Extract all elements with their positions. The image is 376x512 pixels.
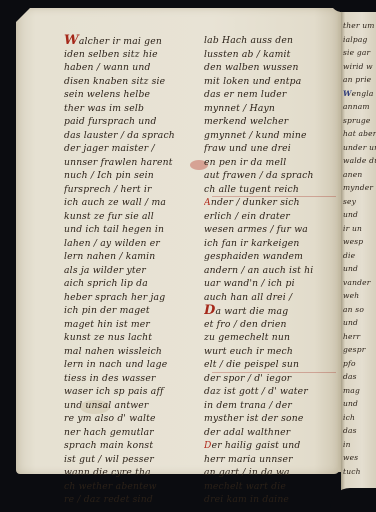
manuscript-line: ther was im selb xyxy=(64,102,200,116)
manuscript-line: ner hach gemutlar xyxy=(64,426,200,440)
manuscript-line: mag xyxy=(343,385,376,399)
manuscript-line: Ander / dunker sich xyxy=(204,196,340,210)
manuscript-line: an so xyxy=(343,304,376,318)
manuscript-line: ich auch ze wall / ma xyxy=(64,196,200,210)
manuscript-line: lahen / ay wilden er xyxy=(64,237,200,251)
manuscript-line: und unsal antwer xyxy=(64,399,200,413)
left-text-column: Walcher ir mai geniden selben sitz hieha… xyxy=(64,34,200,507)
manuscript-line: mit loken und entpa xyxy=(204,75,340,89)
manuscript-line: und xyxy=(343,263,376,277)
manuscript-line: fraw und une drei xyxy=(204,142,340,156)
manuscript-line: walde dur xyxy=(343,155,376,169)
manuscript-line: kunst ze fur sie all xyxy=(64,210,200,224)
manuscript-line: merkend welcher xyxy=(204,115,340,129)
right-text-column: lab Hach auss denlussten ab / kamitden w… xyxy=(204,34,340,507)
manuscript-line: an gart / in da wa xyxy=(204,466,340,480)
dark-background-top xyxy=(330,0,376,12)
manuscript-line: zu gemechelt nun xyxy=(204,331,340,345)
manuscript-line: unnser frawlen harent xyxy=(64,156,200,170)
manuscript-line: wesp xyxy=(343,236,376,250)
manuscript-line: auch han all drei / xyxy=(204,291,340,305)
manuscript-line: kunst ze nus lacht xyxy=(64,331,200,345)
manuscript-line: herr maria unnser xyxy=(204,453,340,467)
manuscript-line: wann die cyre tha xyxy=(64,466,200,480)
manuscript-line: uar wand'n / ich pi xyxy=(204,277,340,291)
manuscript-line: mechelt wart die xyxy=(204,480,340,494)
manuscript-line: under und xyxy=(343,142,376,156)
manuscript-line: und xyxy=(343,317,376,331)
manuscript-line: lab Hach auss den xyxy=(204,34,340,48)
manuscript-line: ich xyxy=(343,412,376,426)
manuscript-line: elt / die peispel sun xyxy=(204,358,340,372)
manuscript-line: wes xyxy=(343,452,376,466)
manuscript-line: gmynnet / kund mine xyxy=(204,129,340,143)
decorated-initial: D xyxy=(204,304,215,318)
manuscript-line: den walben wussen xyxy=(204,61,340,75)
manuscript-line: aut frawen / da sprach xyxy=(204,169,340,183)
manuscript-line: der jager maister / xyxy=(64,142,200,156)
manuscript-line: aich sprich lip da xyxy=(64,277,200,291)
manuscript-line: anen xyxy=(343,169,376,183)
manuscript-line: der adal walthner xyxy=(204,426,340,440)
manuscript-line: disen knaben sitz sie xyxy=(64,75,200,89)
manuscript-line: wurt euch ir mech xyxy=(204,345,340,359)
manuscript-line: lern nahen / kamin xyxy=(64,250,200,264)
facing-page-text: ther umialpagsie garwirid wan prieWengla… xyxy=(343,20,376,479)
manuscript-line: paid fursprach und xyxy=(64,115,200,129)
manuscript-line: das lauster / da sprach xyxy=(64,129,200,143)
manuscript-line: und ich tail hegen in xyxy=(64,223,200,237)
manuscript-line: gesphaiden wandem xyxy=(204,250,340,264)
manuscript-line: nuch / Ich pin sein xyxy=(64,169,200,183)
manuscript-line: spruge xyxy=(343,115,376,129)
manuscript-line: ch alle tugent reich xyxy=(204,183,340,197)
decorated-initial: A xyxy=(204,197,211,208)
manuscript-line: ich pin der maget xyxy=(64,304,200,318)
manuscript-line: sein welens helbe xyxy=(64,88,200,102)
manuscript-line: wirid w xyxy=(343,61,376,75)
manuscript-line: re ym also d' walte xyxy=(64,412,200,426)
manuscript-line: wesen armes / fur wa xyxy=(204,223,340,237)
manuscript-line: das er nem luder xyxy=(204,88,340,102)
manuscript-line: fursprech / hert ir xyxy=(64,183,200,197)
manuscript-line: und xyxy=(343,398,376,412)
manuscript-line: ialpag xyxy=(343,34,376,48)
manuscript-line: heber sprach her jag xyxy=(64,291,200,305)
manuscript-line: das xyxy=(343,371,376,385)
manuscript-line: mynder xyxy=(343,182,376,196)
manuscript-line: mal nahen wissleich xyxy=(64,345,200,359)
manuscript-line: ist gut / wil pesser xyxy=(64,453,200,467)
manuscript-line: waser ich sp pais aff xyxy=(64,385,200,399)
manuscript-line: sey xyxy=(343,196,376,210)
manuscript-line: haben / wann und xyxy=(64,61,200,75)
manuscript-line: ich fan ir karkeigen xyxy=(204,237,340,251)
manuscript-line: ther um xyxy=(343,20,376,34)
manuscript-line: annam xyxy=(343,101,376,115)
manuscript-line: Der hailig gaist und xyxy=(204,439,340,453)
manuscript-line: tuch xyxy=(343,466,376,480)
manuscript-line: gespr xyxy=(343,344,376,358)
manuscript-line: ch wether abentew xyxy=(64,480,200,494)
manuscript-line: drei kam in daine xyxy=(204,493,340,507)
torn-corner xyxy=(16,8,30,22)
manuscript-line: mynnet / Hayn xyxy=(204,102,340,116)
manuscript-line: daz ist gott / d' water xyxy=(204,385,340,399)
manuscript-line: mysther ist der sone xyxy=(204,412,340,426)
manuscript-line: hat aber xyxy=(343,128,376,142)
manuscript-line: erlich / ein drater xyxy=(204,210,340,224)
manuscript-line: Walcher ir mai gen xyxy=(64,34,200,48)
manuscript-line: iden selben sitz hie xyxy=(64,48,200,62)
manuscript-line: lern in nach und lage xyxy=(64,358,200,372)
manuscript-line: re / daz redet sind xyxy=(64,493,200,507)
manuscript-line: et fro / den drien xyxy=(204,318,340,332)
manuscript-line: maget hin ist mer xyxy=(64,318,200,332)
manuscript-line: als ja wilder yter xyxy=(64,264,200,278)
decorated-initial: W xyxy=(343,89,352,98)
manuscript-line: vander xyxy=(343,277,376,291)
manuscript-line: der spor / d' iegor xyxy=(204,372,340,386)
manuscript-line: pfo xyxy=(343,358,376,372)
manuscript-line: weh xyxy=(343,290,376,304)
manuscript-line: in xyxy=(343,439,376,453)
manuscript-line: herr xyxy=(343,331,376,345)
manuscript-line: und xyxy=(343,209,376,223)
manuscript-line: tiess in des wasser xyxy=(64,372,200,386)
manuscript-line: Wengla xyxy=(343,88,376,102)
decorated-initial: W xyxy=(64,34,79,48)
manuscript-line: die xyxy=(343,250,376,264)
manuscript-line: lussten ab / kamit xyxy=(204,48,340,62)
manuscript-line: Da wart die mag xyxy=(204,304,340,318)
manuscript-line: in dem trana / der xyxy=(204,399,340,413)
manuscript-line: ir un xyxy=(343,223,376,237)
manuscript-line: sprach main konst xyxy=(64,439,200,453)
manuscript-line: an prie xyxy=(343,74,376,88)
manuscript-line: sie gar xyxy=(343,47,376,61)
manuscript-line: das xyxy=(343,425,376,439)
decorated-initial: D xyxy=(204,440,212,451)
manuscript-line: en pen ir da mell xyxy=(204,156,340,170)
manuscript-line: andern / an auch ist hi xyxy=(204,264,340,278)
